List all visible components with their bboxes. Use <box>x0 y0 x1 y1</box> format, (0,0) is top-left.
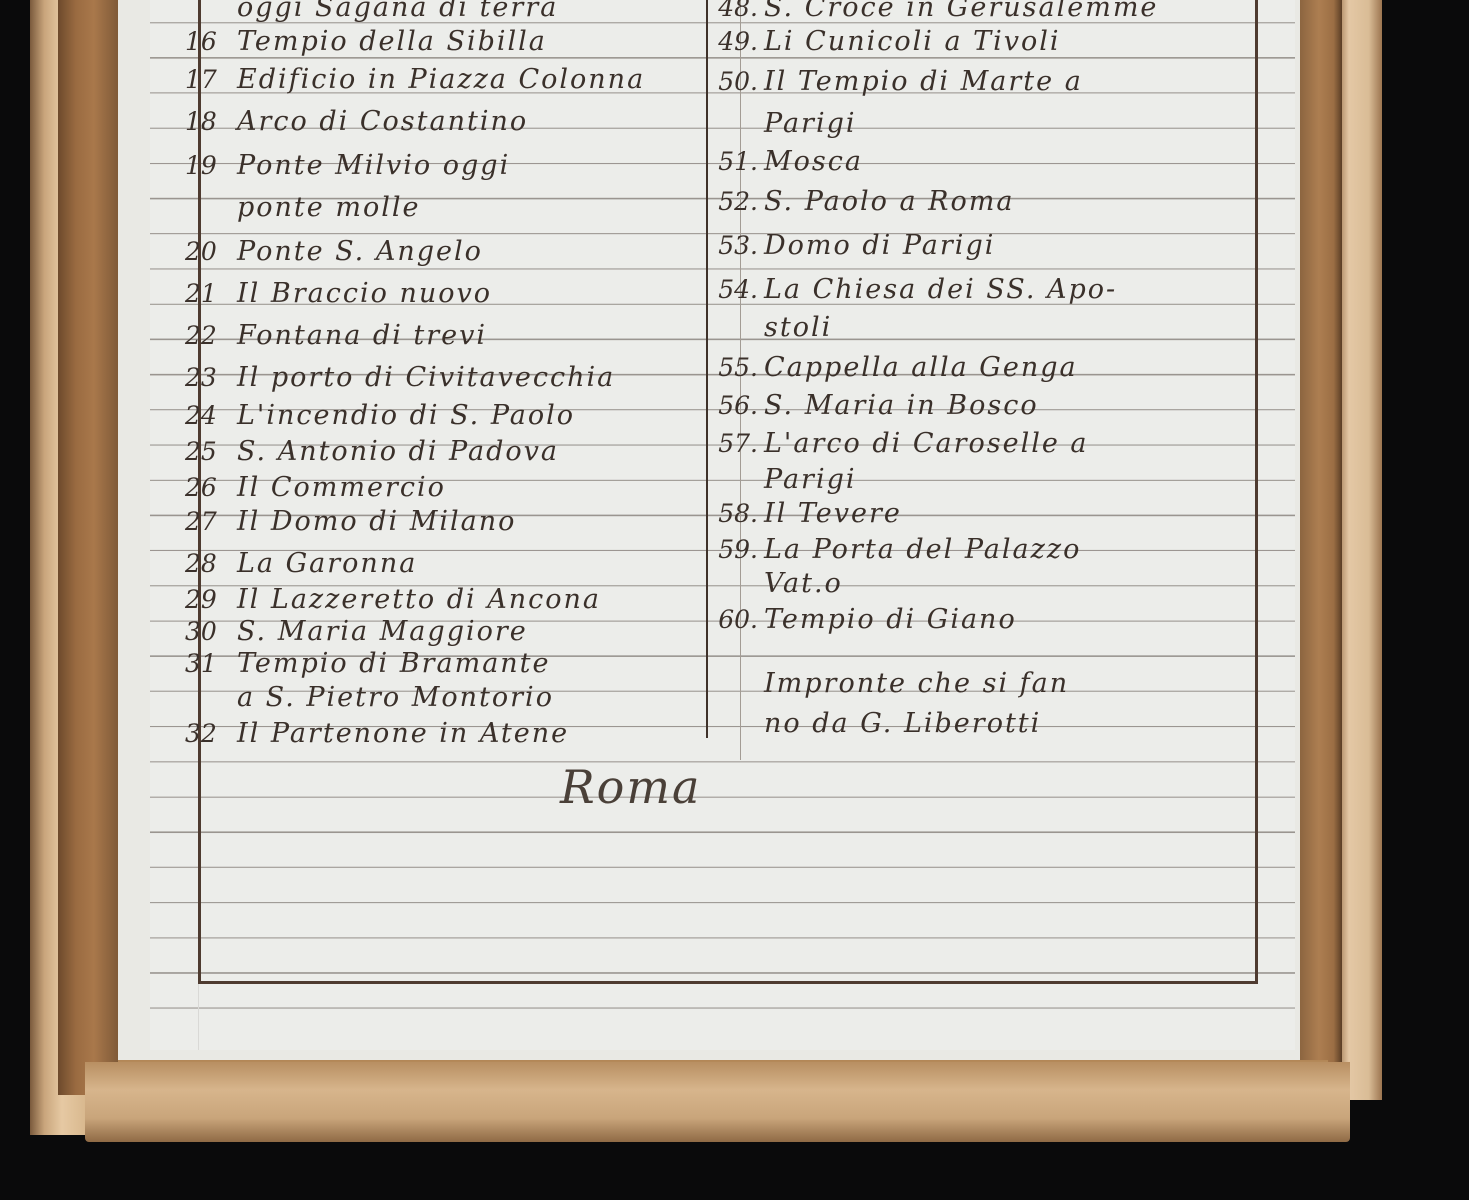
entry-text: Il Domo di Milano <box>237 506 516 537</box>
list-entry: 60.Tempio di Giano <box>708 604 1017 635</box>
entry-number: 30 <box>185 617 237 646</box>
entry-text: Ponte Milvio oggi <box>237 150 510 181</box>
list-entry: 19Ponte Milvio oggi <box>185 150 510 181</box>
entry-number: 21 <box>185 279 237 308</box>
entry-number: 32 <box>185 719 237 748</box>
list-entry: 20Ponte S. Angelo <box>185 236 483 267</box>
wooden-frame-bottom <box>85 1062 1350 1142</box>
entry-text: Fontana di trevi <box>237 320 487 351</box>
signature-roma: Roma <box>560 760 701 814</box>
entry-number: 20 <box>185 237 237 266</box>
entry-text: L'incendio di S. Paolo <box>237 400 575 431</box>
entry-text: Parigi <box>764 464 857 495</box>
entry-number: 55. <box>708 353 764 382</box>
list-entry: oggi Sagana di terra <box>185 0 558 23</box>
entry-number: 25 <box>185 437 237 466</box>
list-entry: 59.La Porta del Palazzo <box>708 534 1081 565</box>
entry-number: 17 <box>185 65 237 94</box>
entry-text: Il Braccio nuovo <box>237 278 492 309</box>
entry-text: Tempio di Bramante <box>237 648 551 679</box>
entry-number: 56. <box>708 391 764 420</box>
list-entry: 18Arco di Costantino <box>185 106 528 137</box>
list-entry: 53.Domo di Parigi <box>708 230 995 261</box>
entry-number: 16 <box>185 27 237 56</box>
list-entry: ponte molle <box>185 192 420 223</box>
list-entry: 21Il Braccio nuovo <box>185 278 492 309</box>
entry-number: 54. <box>708 275 764 304</box>
entry-text: Tempio di Giano <box>764 604 1017 635</box>
list-entry: 26Il Commercio <box>185 472 446 503</box>
entry-text: S. Croce in Gerusalemme <box>764 0 1158 23</box>
entry-text: ponte molle <box>237 192 420 223</box>
entry-number: 27 <box>185 507 237 536</box>
list-entry: no da G. Liberotti <box>708 708 1041 739</box>
entry-text: La Garonna <box>237 548 417 579</box>
list-entry: 49.Li Cunicoli a Tivoli <box>708 26 1061 57</box>
entry-text: Li Cunicoli a Tivoli <box>764 26 1061 57</box>
list-entry: 23Il porto di Civitavecchia <box>185 362 615 393</box>
entry-number: 51. <box>708 147 764 176</box>
entry-text: S. Antonio di Padova <box>237 436 559 467</box>
entry-text: Vat.o <box>764 568 843 599</box>
entry-text: Arco di Costantino <box>237 106 528 137</box>
entry-text: L'arco di Caroselle a <box>764 428 1089 459</box>
list-entry: stoli <box>708 312 832 343</box>
entry-number: 50. <box>708 67 764 96</box>
entry-number: 59. <box>708 535 764 564</box>
entry-text: Impronte che si fan <box>764 668 1069 699</box>
list-entry: a S. Pietro Montorio <box>185 682 554 713</box>
list-entry: 22Fontana di trevi <box>185 320 487 351</box>
list-entry: 25S. Antonio di Padova <box>185 436 559 467</box>
list-entry: 57.L'arco di Caroselle a <box>708 428 1089 459</box>
entry-number: 28 <box>185 549 237 578</box>
list-entry: 48.S. Croce in Gerusalemme <box>708 0 1158 23</box>
entry-text: Ponte S. Angelo <box>237 236 483 267</box>
entry-text: Mosca <box>764 146 863 177</box>
entry-text: Edificio in Piazza Colonna <box>237 64 645 95</box>
list-entry: 28La Garonna <box>185 548 417 579</box>
list-entry: Vat.o <box>708 568 843 599</box>
entry-number: 22 <box>185 321 237 350</box>
entry-number: 58. <box>708 499 764 528</box>
entry-text: Il porto di Civitavecchia <box>237 362 615 393</box>
list-entry: Parigi <box>708 464 857 495</box>
entry-number: 23 <box>185 363 237 392</box>
wooden-frame-right-inner <box>1300 0 1342 1085</box>
list-entry: 51.Mosca <box>708 146 863 177</box>
wooden-frame-right-outer <box>1338 0 1382 1100</box>
list-entry: 52.S. Paolo a Roma <box>708 186 1014 217</box>
list-entry: 24L'incendio di S. Paolo <box>185 400 575 431</box>
entry-number: 18 <box>185 107 237 136</box>
entry-text: S. Paolo a Roma <box>764 186 1014 217</box>
entry-number: 49. <box>708 27 764 56</box>
entry-text: stoli <box>764 312 832 343</box>
entry-number: 57. <box>708 429 764 458</box>
list-entry: 17Edificio in Piazza Colonna <box>185 64 645 95</box>
entry-text: no da G. Liberotti <box>764 708 1041 739</box>
entry-text: oggi Sagana di terra <box>237 0 558 23</box>
entry-text: Il Tempio di Marte a <box>764 66 1083 97</box>
list-entry: 58.Il Tevere <box>708 498 902 529</box>
list-entry: 56.S. Maria in Bosco <box>708 390 1039 421</box>
list-entry: 27Il Domo di Milano <box>185 506 516 537</box>
entry-number: 31 <box>185 649 237 678</box>
entry-number: 48. <box>708 0 764 22</box>
entry-number: 29 <box>185 585 237 614</box>
entry-text: a S. Pietro Montorio <box>237 682 554 713</box>
entry-text: S. Maria Maggiore <box>237 616 528 647</box>
list-entry: Parigi <box>708 108 857 139</box>
list-entry: 29Il Lazzeretto di Ancona <box>185 584 601 615</box>
entry-text: Il Partenone in Atene <box>237 718 569 749</box>
wooden-frame-left-inner <box>58 0 118 1095</box>
list-entry: 16Tempio della Sibilla <box>185 26 547 57</box>
entry-text: Domo di Parigi <box>764 230 995 261</box>
entry-number: 26 <box>185 473 237 502</box>
entry-text: La Chiesa dei SS. Apo- <box>764 274 1117 305</box>
entry-text: S. Maria in Bosco <box>764 390 1039 421</box>
list-entry: Impronte che si fan <box>708 668 1069 699</box>
list-entry: 32Il Partenone in Atene <box>185 718 569 749</box>
entry-text: Tempio della Sibilla <box>237 26 547 57</box>
entry-text: Cappella alla Genga <box>764 352 1078 383</box>
entry-text: La Porta del Palazzo <box>764 534 1081 565</box>
list-entry: 31Tempio di Bramante <box>185 648 551 679</box>
entry-text: Il Commercio <box>237 472 446 503</box>
entry-text: Il Lazzeretto di Ancona <box>237 584 601 615</box>
list-entry: 54.La Chiesa dei SS. Apo- <box>708 274 1117 305</box>
list-entry: 50.Il Tempio di Marte a <box>708 66 1083 97</box>
entry-text: Parigi <box>764 108 857 139</box>
entry-number: 52. <box>708 187 764 216</box>
list-entry: 30S. Maria Maggiore <box>185 616 528 647</box>
entry-text: Il Tevere <box>764 498 902 529</box>
entry-number: 24 <box>185 401 237 430</box>
list-entry: 55.Cappella alla Genga <box>708 352 1078 383</box>
entry-number: 19 <box>185 151 237 180</box>
entry-number: 60. <box>708 605 764 634</box>
entry-number: 53. <box>708 231 764 260</box>
